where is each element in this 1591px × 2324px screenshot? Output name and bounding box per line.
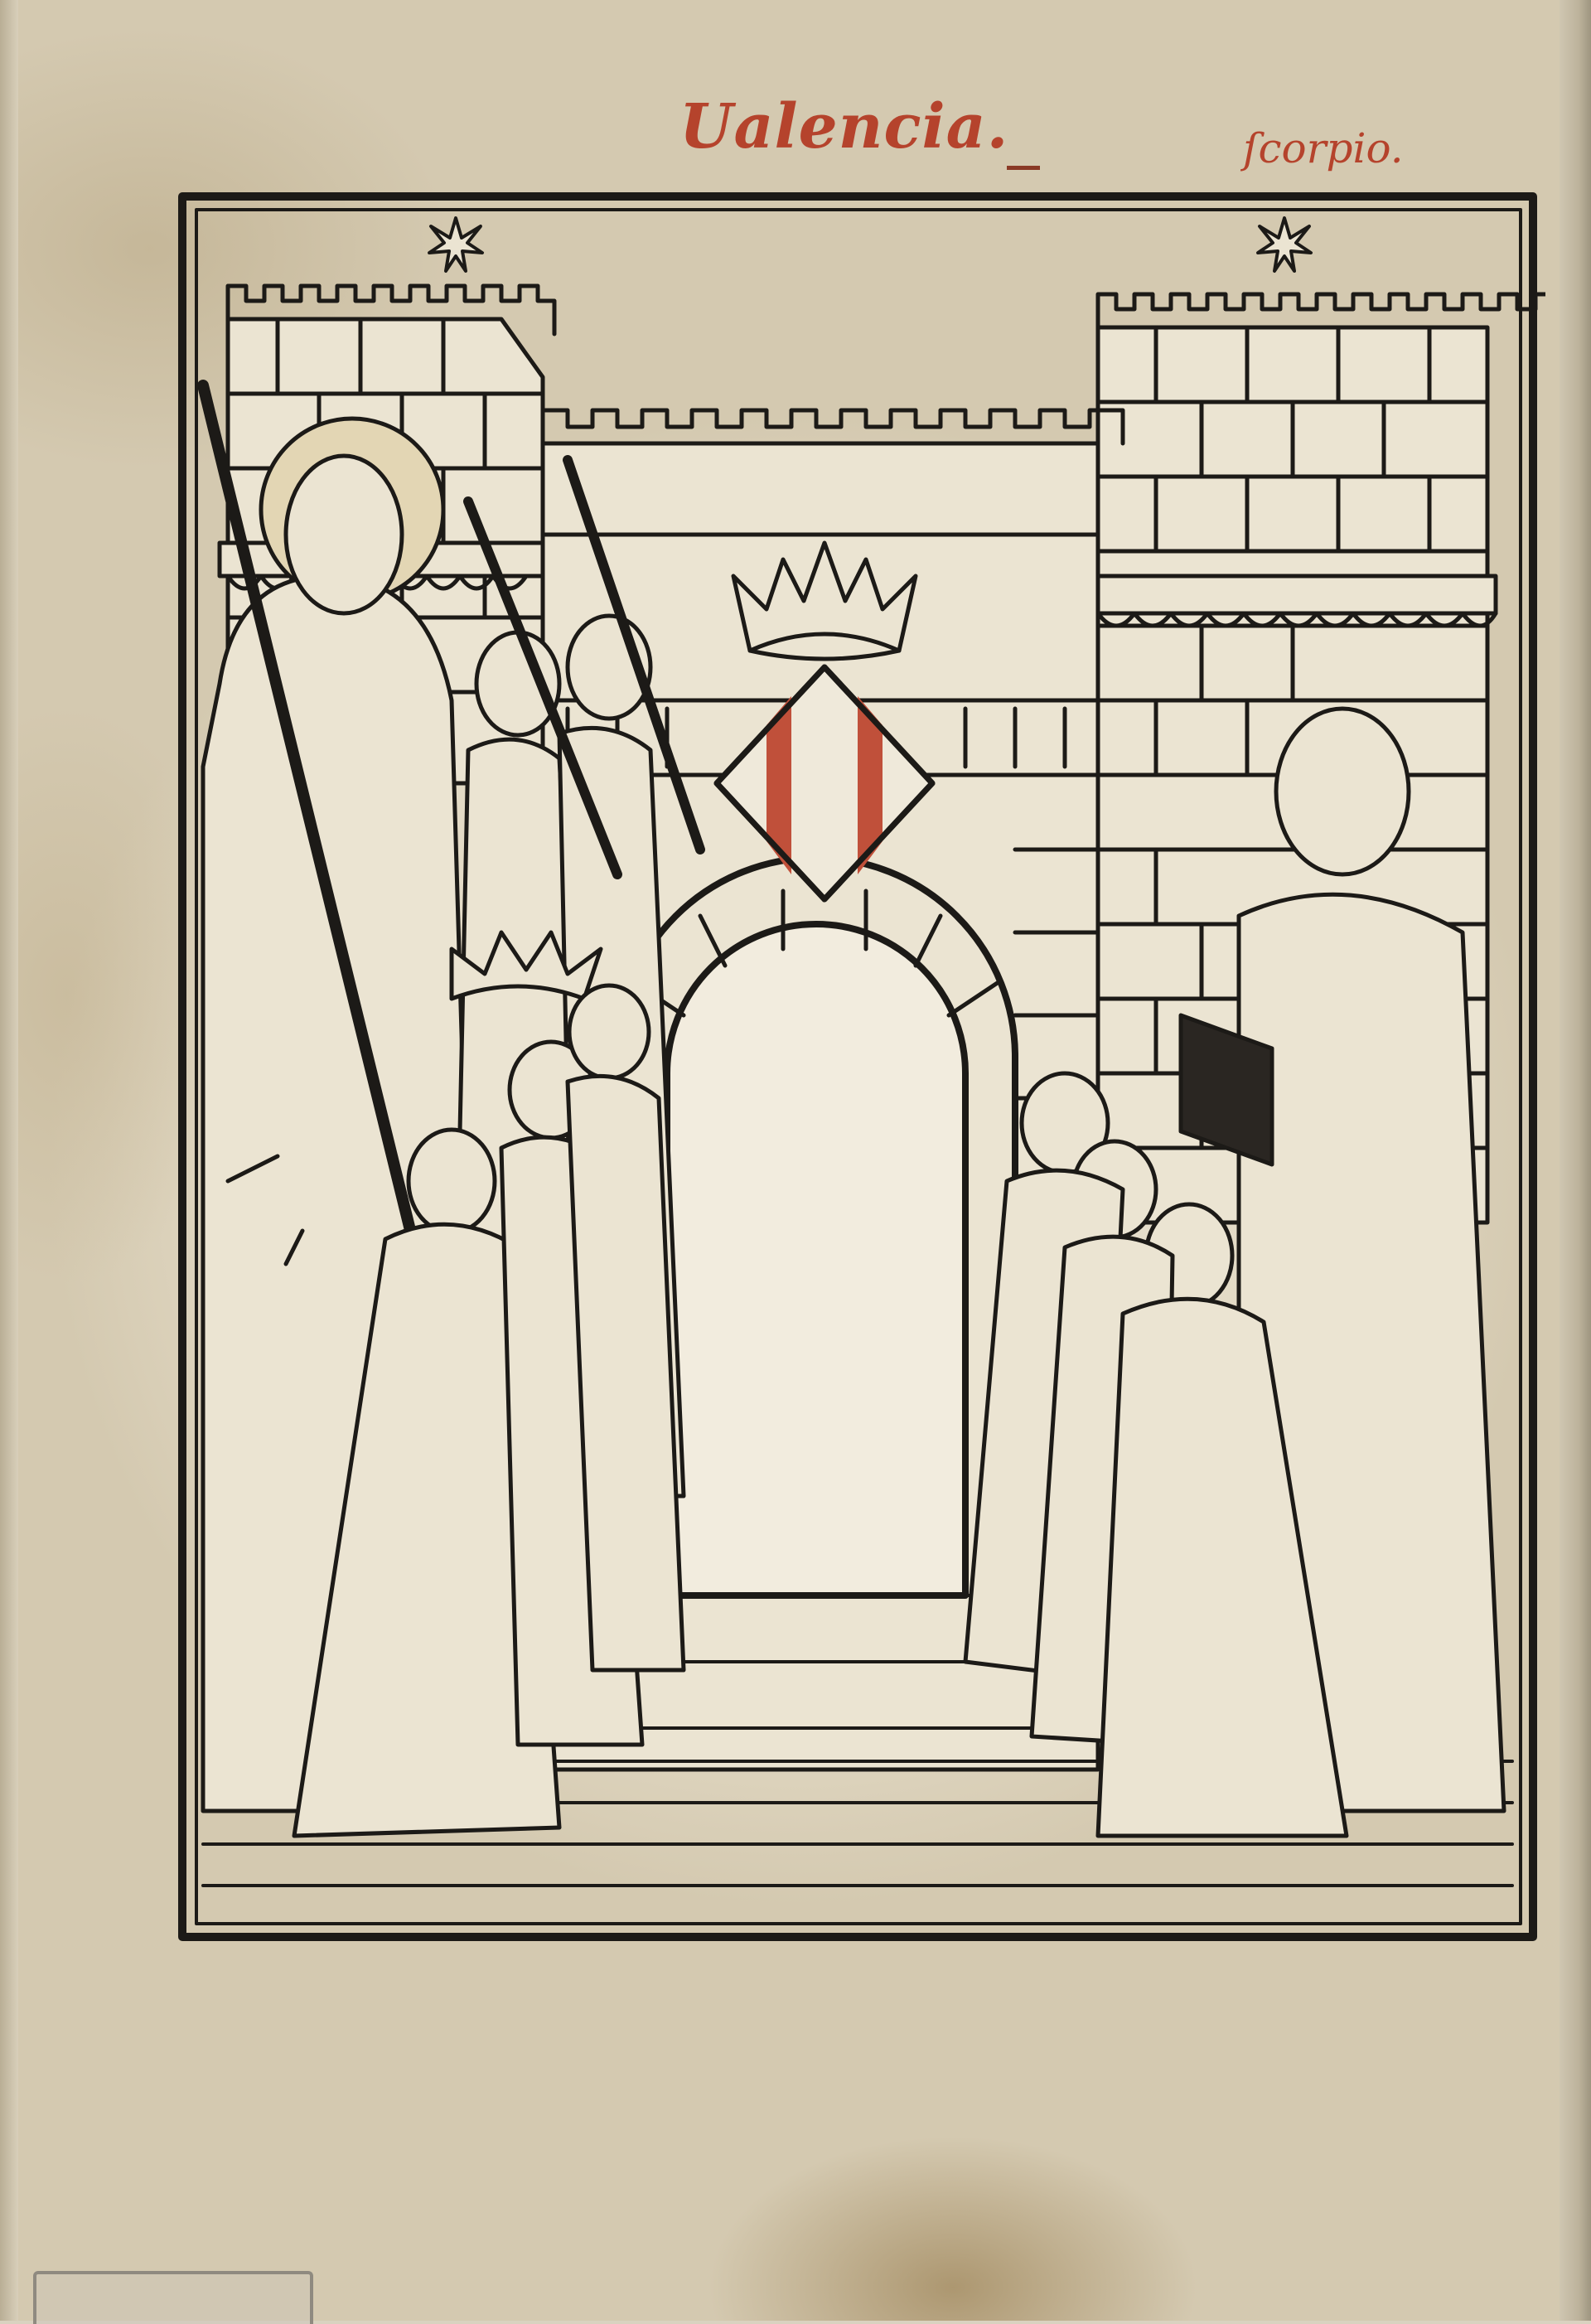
eight-pointed-star-icon	[429, 218, 482, 271]
gate-opening	[667, 924, 965, 1595]
rubric-zodiac-sign: ſcorpio.	[1243, 124, 1404, 172]
archival-tab-marker	[33, 2271, 313, 2321]
page-right-edge	[1560, 0, 1591, 2321]
page-left-edge	[0, 0, 18, 2321]
book-page: Ualencia. ſcorpio.	[0, 0, 1591, 2321]
woodcut-illustration	[170, 186, 1545, 1948]
eight-pointed-star-icon	[1258, 218, 1311, 271]
rubric-flourish	[1007, 166, 1040, 170]
rubric-title: Ualencia.	[679, 91, 1008, 162]
